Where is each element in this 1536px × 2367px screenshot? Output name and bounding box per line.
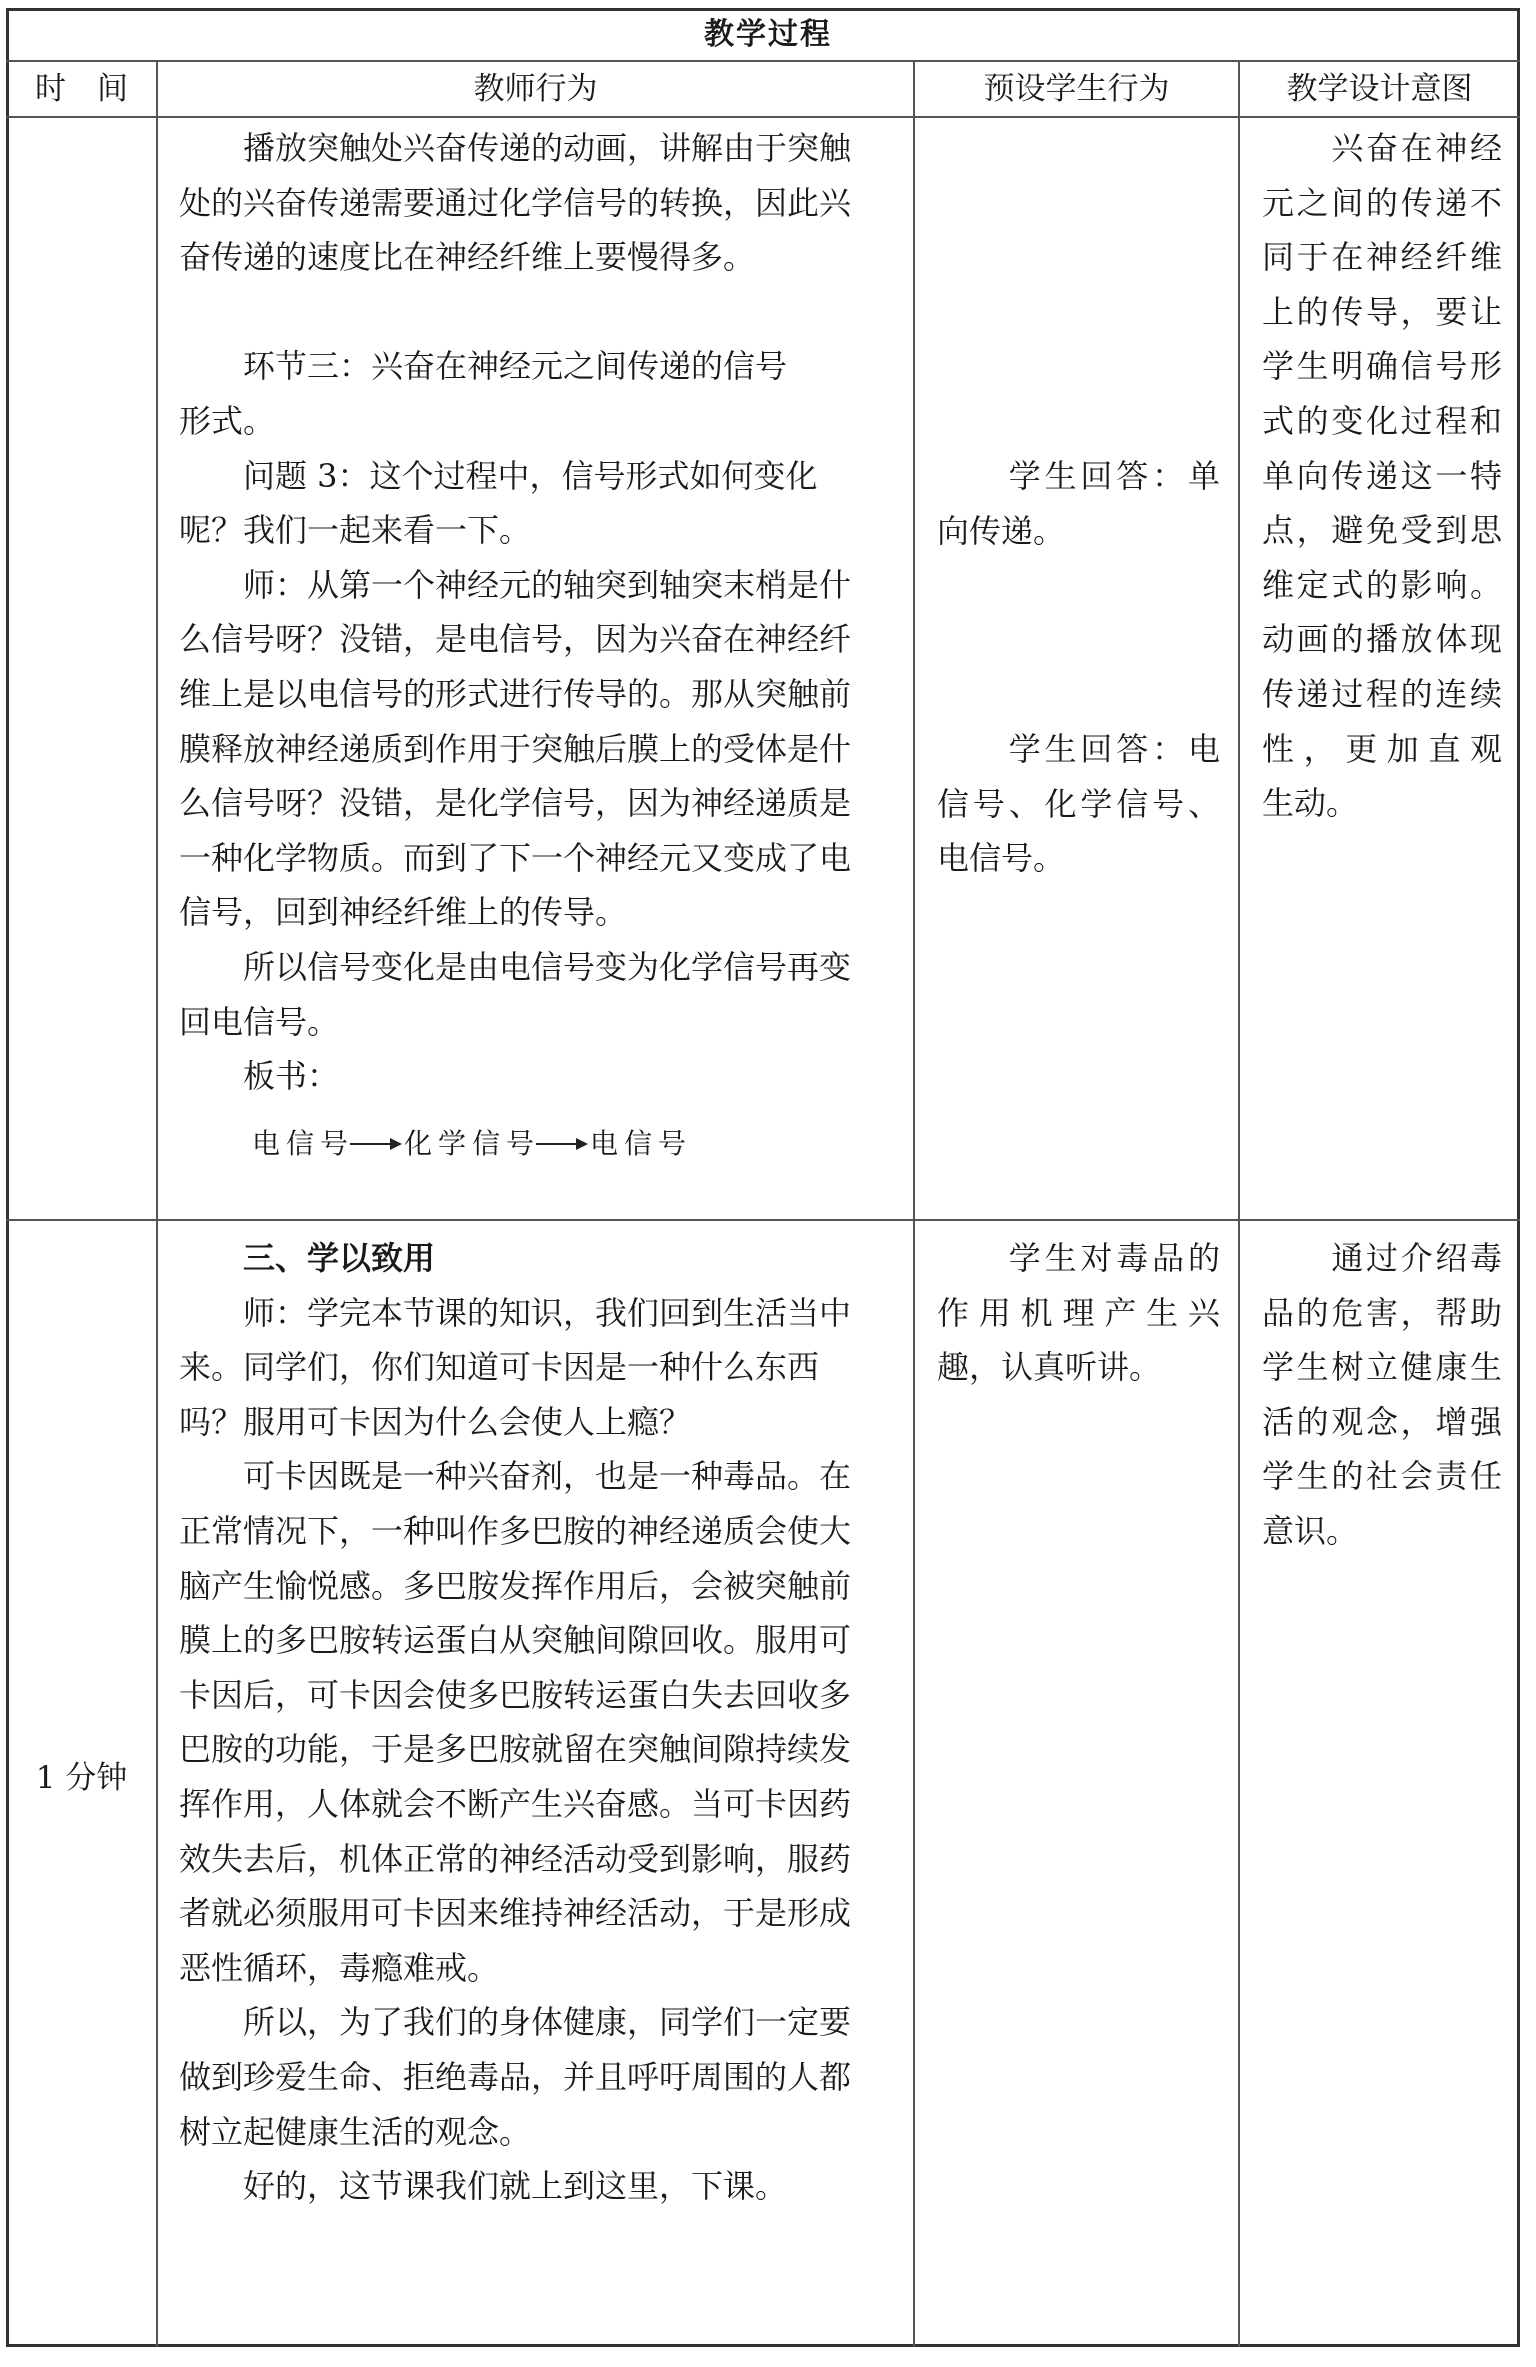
text-line: 师：学完本节课的知识，我们回到生活当中 <box>179 1286 887 1341</box>
text-line: 奋传递的速度比在神经纤维上要慢得多。 <box>179 230 887 285</box>
text-line: 脑产生愉悦感。多巴胺发挥作用后，会被突触前 <box>179 1559 887 1614</box>
column-divider-time <box>156 61 158 2347</box>
text-line: 一种化学物质。而到了下一个神经元又变成了电 <box>179 831 887 886</box>
text-line: 播放突触处兴奋传递的动画，讲解由于突触 <box>179 121 887 176</box>
text-line: 学生回答：电 <box>937 722 1220 777</box>
header-design-intent: 教学设计意图 <box>1239 61 1520 117</box>
row1-design-intent: 兴奋在神经 元之间的传递不 同于在神经纤维 上的传导，要让 学生明确信号形 式的… <box>1262 121 1502 831</box>
board-step-electrical: 电信号 <box>252 1127 354 1160</box>
text-line: 环节三：兴奋在神经元之间传递的信号 <box>179 339 887 394</box>
text-line: 趣，认真听讲。 <box>937 1340 1220 1395</box>
text-line: 元之间的传递不 <box>1262 176 1502 231</box>
text-line: 挥作用，人体就会不断产生兴奋感。当可卡因药 <box>179 1777 887 1832</box>
text-line: 作用机理产生兴 <box>937 1286 1220 1341</box>
text-line: 膜上的多巴胺转运蛋白从突触间隙回收。服用可 <box>179 1613 887 1668</box>
arrow-right-icon <box>536 1122 588 1166</box>
board-step-chemical: 化学信号 <box>404 1127 540 1160</box>
table-title: 教学过程 <box>0 8 1536 61</box>
text-line: 单向传递这一特 <box>1262 449 1502 504</box>
text-line: 做到珍爱生命、拒绝毒品，并且呼吁周围的人都 <box>179 2050 887 2105</box>
text-line: 生动。 <box>1262 776 1502 831</box>
header-teacher-behavior: 教师行为 <box>157 61 914 117</box>
row2-time: 1 分钟 <box>6 1752 157 1797</box>
text-line: 向传递。 <box>937 504 1220 559</box>
header-time: 时 间 <box>6 61 157 117</box>
text-line: 膜释放神经递质到作用于突触后膜上的受体是什 <box>179 722 887 777</box>
arrow-right-icon <box>350 1122 402 1166</box>
text-line: 学生的社会责任 <box>1262 1449 1502 1504</box>
text-line: 维定式的影响。 <box>1262 558 1502 613</box>
text-line: 维上是以电信号的形式进行传导的。那从突触前 <box>179 667 887 722</box>
text-line: 问题 3：这个过程中，信号形式如何变化 <box>179 449 887 504</box>
text-line: 上的传导，要让 <box>1262 285 1502 340</box>
row1-student-answer-2: 学生回答：电 信号、化学信号、 电信号。 <box>937 722 1220 886</box>
text-line: 性，更加直观 <box>1262 722 1502 777</box>
text-line: 师：从第一个神经元的轴突到轴突末梢是什 <box>179 558 887 613</box>
text-line: 正常情况下，一种叫作多巴胺的神经递质会使大 <box>179 1504 887 1559</box>
text-line: 回电信号。 <box>179 995 887 1050</box>
text-line: 电信号。 <box>937 831 1220 886</box>
text-line: 学生明确信号形 <box>1262 339 1502 394</box>
text-line: 树立起健康生活的观念。 <box>179 2105 887 2160</box>
text-line: 同于在神经纤维 <box>1262 230 1502 285</box>
text-line: 好的，这节课我们就上到这里，下课。 <box>179 2159 887 2214</box>
text-line: 么信号呀？没错，是电信号，因为兴奋在神经纤 <box>179 612 887 667</box>
column-divider-teacher <box>913 61 915 2347</box>
text-line: 呢？我们一起来看一下。 <box>179 503 887 558</box>
text-line: 学生树立健康生 <box>1262 1340 1502 1395</box>
board-step-electrical-2: 电信号 <box>590 1127 692 1160</box>
text-line: 品的危害，帮助 <box>1262 1286 1502 1341</box>
text-line: 点，避免受到思 <box>1262 503 1502 558</box>
row2-design-intent: 通过介绍毒 品的危害，帮助 学生树立健康生 活的观念，增强 学生的社会责任 意识… <box>1262 1231 1502 1559</box>
row2-teacher-behavior: 三、学以致用 师：学完本节课的知识，我们回到生活当中 来。同学们，你们知道可卡因… <box>179 1231 887 2214</box>
section-heading: 三、学以致用 <box>179 1231 887 1286</box>
text-line: 信号，回到神经纤维上的传导。 <box>179 885 887 940</box>
text-line: 恶性循环，毒瘾难戒。 <box>179 1941 887 1996</box>
text-line: 活的观念，增强 <box>1262 1395 1502 1450</box>
text-line: 所以信号变化是由电信号变为化学信号再变 <box>179 940 887 995</box>
text-line: 动画的播放体现 <box>1262 612 1502 667</box>
row-divider <box>6 1219 1520 1221</box>
text-line: 巴胺的功能，于是多巴胺就留在突触间隙持续发 <box>179 1722 887 1777</box>
text-line: 卡因后，可卡因会使多巴胺转运蛋白失去回收多 <box>179 1668 887 1723</box>
text-line: 处的兴奋传递需要通过化学信号的转换，因此兴 <box>179 176 887 231</box>
column-divider-student <box>1238 61 1240 2347</box>
text-line: 意识。 <box>1262 1504 1502 1559</box>
row1-student-answer-1: 学生回答：单 向传递。 <box>937 449 1220 558</box>
row1-teacher-behavior: 播放突触处兴奋传递的动画，讲解由于突触 处的兴奋传递需要通过化学信号的转换，因此… <box>179 121 887 1104</box>
text-line: 信号、化学信号、 <box>937 777 1220 832</box>
text-line: 通过介绍毒 <box>1262 1231 1502 1286</box>
blackboard-signal-flow: 电信号化学信号电信号 <box>252 1122 692 1166</box>
text-line: 兴奋在神经 <box>1262 121 1502 176</box>
text-line: 来。同学们，你们知道可卡因是一种什么东西 <box>179 1340 887 1395</box>
text-line: 效失去后，机体正常的神经活动受到影响，服药 <box>179 1832 887 1887</box>
text-line: 所以，为了我们的身体健康，同学们一定要 <box>179 1995 887 2050</box>
blank-line <box>179 285 887 340</box>
text-line: 吗？服用可卡因为什么会使人上瘾？ <box>179 1395 887 1450</box>
text-line: 传递过程的连续 <box>1262 667 1502 722</box>
text-line: 式的变化过程和 <box>1262 394 1502 449</box>
text-line: 么信号呀？没错，是化学信号，因为神经递质是 <box>179 776 887 831</box>
header-student-behavior: 预设学生行为 <box>914 61 1239 117</box>
text-line: 学生对毒品的 <box>937 1231 1220 1286</box>
text-line: 可卡因既是一种兴奋剂，也是一种毒品。在 <box>179 1449 887 1504</box>
text-line: 学生回答：单 <box>937 449 1220 504</box>
text-line: 者就必须服用可卡因来维持神经活动，于是形成 <box>179 1886 887 1941</box>
text-line: 板书： <box>179 1049 887 1104</box>
text-line: 形式。 <box>179 394 887 449</box>
row2-student-behavior: 学生对毒品的 作用机理产生兴 趣，认真听讲。 <box>937 1231 1220 1395</box>
